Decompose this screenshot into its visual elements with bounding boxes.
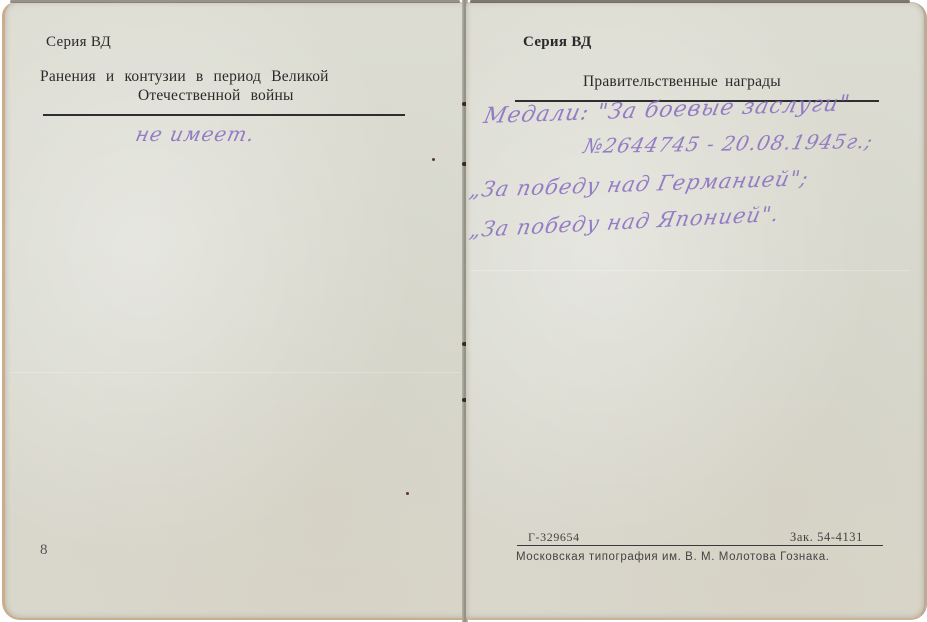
left-handwritten-entry: не имеет. [133,122,257,146]
paper-crease [470,270,910,271]
left-section-title-line1: Ранения и контузии в период Великой [40,68,329,86]
printer-imprint: Московская типография им. В. М. Молотова… [516,551,830,563]
left-series-label: Серия ВД [46,34,111,51]
right-section-title: Правительственные награды [583,73,781,91]
right-series-label: Серия ВД [523,34,592,51]
award-entry-2: №2644745 - 20.08.1945г.; [581,129,876,158]
left-section-title-line2: Отечественной войны [138,87,294,105]
right-page [466,2,927,620]
order-number: Зак. 54-4131 [790,530,863,545]
paper-speck [406,492,409,495]
paper-speck [432,158,435,161]
left-page-top-edge [10,0,460,3]
left-title-rule [43,114,405,116]
right-page-top-edge [470,0,910,3]
page-number: 8 [40,542,48,559]
form-number: Г-329654 [528,530,580,545]
paper-crease [10,372,460,373]
footer-rule [517,545,883,546]
